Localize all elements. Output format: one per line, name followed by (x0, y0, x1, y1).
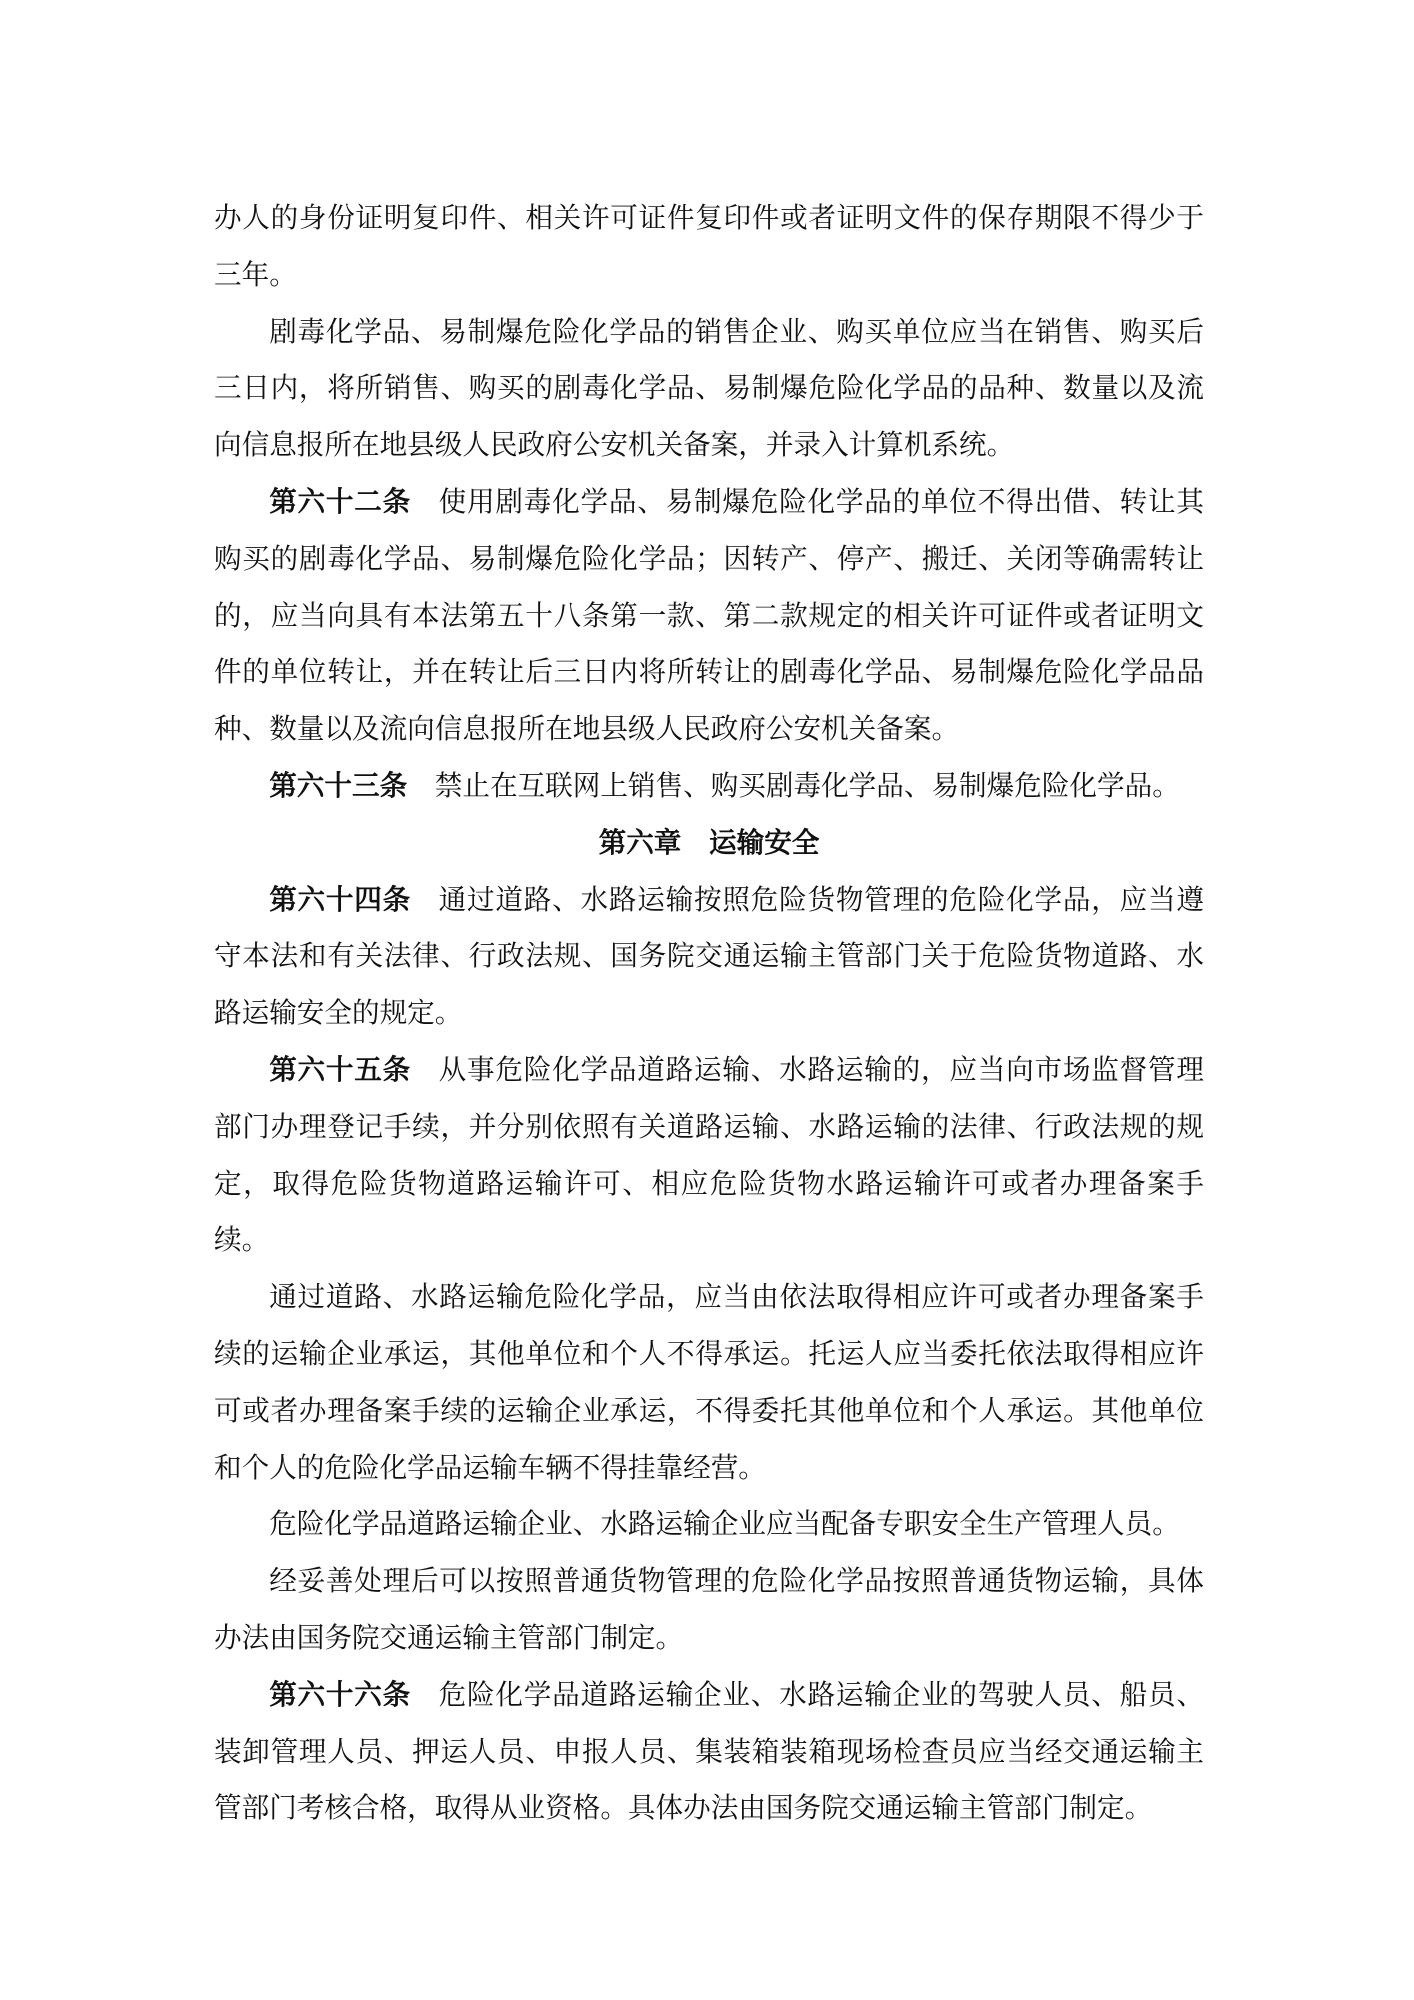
article-66: 第六十六条危险化学品道路运输企业、水路运输企业的驾驶人员、船员、装卸管理人员、押… (214, 1667, 1204, 1837)
article-number: 第六十六条 (269, 1678, 411, 1711)
chapter-title: 运输安全 (709, 826, 819, 859)
article-63: 第六十三条禁止在互联网上销售、购买剧毒化学品、易制爆危险化学品。 (214, 758, 1204, 815)
paragraph-body: 剧毒化学品、易制爆危险化学品的销售企业、购买单位应当在销售、购买后三日内，将所销… (214, 304, 1204, 474)
article-text: 禁止在互联网上销售、购买剧毒化学品、易制爆危险化学品。 (435, 769, 1180, 802)
chapter-heading: 第六章运输安全 (214, 815, 1204, 872)
article-number: 第六十五条 (269, 1053, 411, 1086)
chapter-number: 第六章 (599, 826, 682, 859)
article-text: 使用剧毒化学品、易制爆危险化学品的单位不得出借、转让其购买的剧毒化学品、易制爆危… (214, 485, 1204, 745)
paragraph-body: 危险化学品道路运输企业、水路运输企业应当配备专职安全生产管理人员。 (214, 1496, 1204, 1553)
article-65: 第六十五条从事危险化学品道路运输、水路运输的，应当向市场监督管理部门办理登记手续… (214, 1042, 1204, 1269)
article-number: 第六十四条 (269, 883, 411, 916)
paragraph-continuation: 办人的身份证明复印件、相关许可证件复印件或者证明文件的保存期限不得少于三年。 (214, 190, 1204, 304)
paragraph-body: 通过道路、水路运输危险化学品，应当由依法取得相应许可或者办理备案手续的运输企业承… (214, 1269, 1204, 1496)
article-62: 第六十二条使用剧毒化学品、易制爆危险化学品的单位不得出借、转让其购买的剧毒化学品… (214, 474, 1204, 758)
article-64: 第六十四条通过道路、水路运输按照危险货物管理的危险化学品，应当遵守本法和有关法律… (214, 872, 1204, 1042)
article-number: 第六十三条 (269, 769, 407, 802)
document-page: 办人的身份证明复印件、相关许可证件复印件或者证明文件的保存期限不得少于三年。 剧… (214, 190, 1204, 1837)
paragraph-body: 经妥善处理后可以按照普通货物管理的危险化学品按照普通货物运输，具体办法由国务院交… (214, 1553, 1204, 1667)
article-number: 第六十二条 (269, 485, 411, 518)
